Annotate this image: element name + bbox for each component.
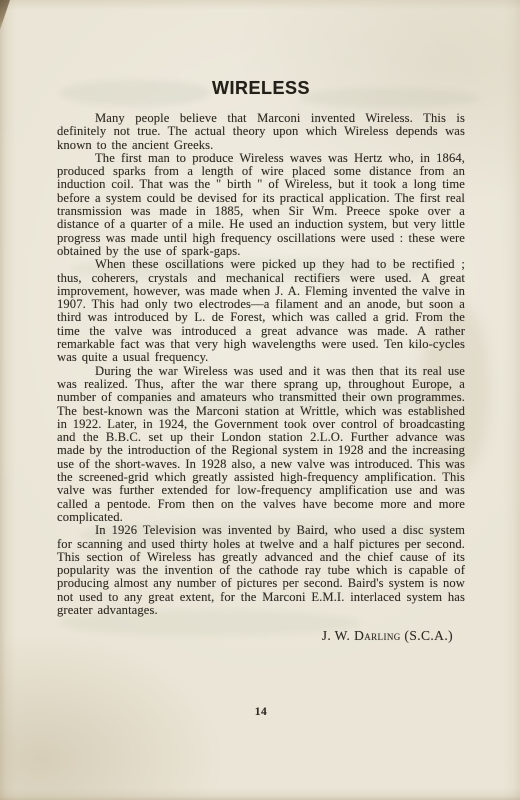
paragraph-broadcasting-growth: During the war Wireless was used and it … (57, 365, 465, 525)
paragraph-valve-invention: When these oscillations were picked up t… (57, 258, 465, 364)
paragraph-television: In 1926 Television was invented by Baird… (57, 524, 465, 617)
page-corner-notch (0, 0, 10, 30)
scanned-page: WIRELESS Many people believe that Marcon… (0, 0, 520, 800)
page-title: WIRELESS (57, 78, 465, 99)
paragraph-hertz-early-history: The first man to produce Wireless waves … (57, 152, 465, 258)
paragraph-marconi-myth: Many people believe that Marconi invente… (57, 112, 465, 152)
article-body: Many people believe that Marconi invente… (57, 112, 465, 617)
author-signature: J. W. Darling (S.C.A.) (57, 628, 465, 644)
page-number: 14 (57, 706, 465, 718)
page-content: WIRELESS Many people believe that Marcon… (57, 78, 465, 644)
